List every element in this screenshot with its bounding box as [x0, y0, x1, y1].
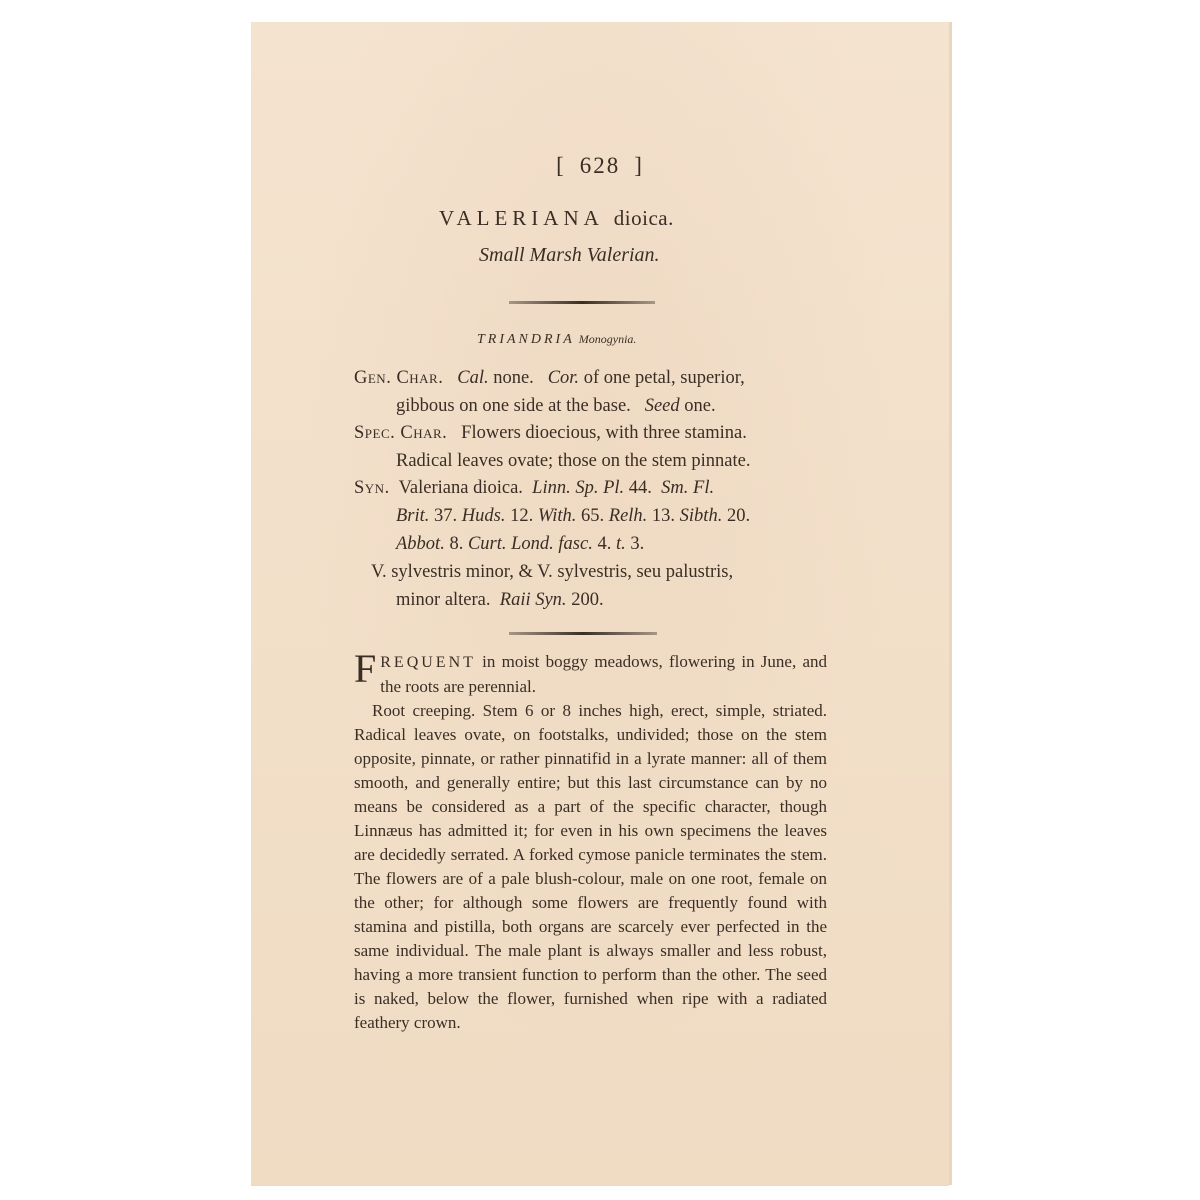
order-name: Monogynia.	[579, 332, 637, 346]
description-paragraph-1: FREQUENT in moist boggy meadows, floweri…	[354, 650, 827, 699]
bracket-open: [	[556, 153, 566, 178]
lead-word: REQUENT	[380, 654, 476, 671]
text-span: 44.	[624, 478, 656, 498]
spec-char-line-1: Spec. Char. Flowers dioecious, with thre…	[354, 419, 824, 447]
text-span: minor altera.	[396, 590, 495, 610]
description-paragraph-2: Root creeping. Stem 6 or 8 inches high, …	[354, 699, 827, 1035]
species-description: FREQUENT in moist boggy meadows, floweri…	[354, 650, 827, 1035]
spec-char-label: Spec. Char.	[354, 423, 447, 443]
common-name: Small Marsh Valerian.	[479, 244, 660, 267]
text-span: none.	[489, 368, 539, 388]
species-epithet: dioica.	[614, 206, 674, 230]
text-span: V. sylvestris minor, & V. sylvestris, se…	[371, 562, 733, 582]
text-span: Radical leaves ovate; those on the stem …	[396, 451, 750, 471]
gen-char-line-2: gibbous on one side at the base. Seed on…	[354, 392, 824, 420]
syn-label: Syn.	[354, 478, 390, 498]
page-number-value: 628	[580, 153, 621, 178]
text-span: Abbot.	[396, 534, 445, 554]
text-span: t.	[616, 534, 626, 554]
text-span: 3.	[626, 534, 645, 554]
synonyms: Syn. Valeriana dioica. Linn. Sp. Pl. 44.…	[354, 474, 824, 614]
spec-char-line-2: Radical leaves ovate; those on the stem …	[354, 447, 824, 475]
specific-character: Spec. Char. Flowers dioecious, with thre…	[354, 419, 824, 475]
text-span: Curt. Lond. fasc.	[468, 534, 593, 554]
text-span: Cor.	[548, 368, 579, 388]
syn-line-5: minor altera. Raii Syn. 200.	[354, 586, 824, 614]
text-span: 65.	[576, 506, 608, 526]
text-span: Raii Syn.	[500, 590, 567, 610]
text-span: of one petal, superior,	[579, 368, 745, 388]
text-span: 8.	[445, 534, 468, 554]
divider-rule	[509, 632, 657, 635]
linnaean-classification: TRIANDRIAMonogynia.	[477, 332, 636, 348]
genus-name: VALERIANA	[439, 206, 604, 230]
syn-line-2: Brit. 37. Huds. 12. With. 65. Relh. 13. …	[354, 502, 824, 530]
text-span: Cal.	[457, 368, 488, 388]
syn-line-4: V. sylvestris minor, & V. sylvestris, se…	[354, 558, 824, 586]
text-span: Seed	[645, 396, 680, 416]
text-span: gibbous on one side at the base.	[396, 396, 635, 416]
text-span: Sm. Fl.	[661, 478, 714, 498]
page-number: [628]	[251, 153, 949, 179]
text-span: Valeriana dioica.	[394, 478, 527, 498]
text-span: 12.	[505, 506, 537, 526]
generic-character: Gen. Char. Cal. none. Cor. of one petal,…	[354, 364, 824, 420]
syn-line-3: Abbot. 8. Curt. Lond. fasc. 4. t. 3.	[354, 530, 824, 558]
bracket-close: ]	[634, 153, 644, 178]
page-edge	[949, 22, 952, 1185]
species-title: VALERIANAdioica.	[439, 206, 674, 231]
text-span: 20.	[722, 506, 750, 526]
text-span: Flowers dioecious, with three stamina.	[457, 423, 747, 443]
text-span: Brit.	[396, 506, 429, 526]
text-span: Linn. Sp. Pl.	[532, 478, 624, 498]
gen-char-label: Gen. Char.	[354, 368, 443, 388]
class-name: TRIANDRIA	[477, 332, 575, 347]
book-page: [628] VALERIANAdioica. Small Marsh Valer…	[251, 22, 949, 1185]
text-span: With.	[538, 506, 577, 526]
text-span: 200.	[567, 590, 604, 610]
gen-char-line-1: Gen. Char. Cal. none. Cor. of one petal,…	[354, 364, 824, 392]
text-span: Relh.	[609, 506, 648, 526]
text-span: Huds.	[462, 506, 506, 526]
text-span: 13.	[647, 506, 679, 526]
text-span: one.	[680, 396, 716, 416]
syn-line-1: Syn. Valeriana dioica. Linn. Sp. Pl. 44.…	[354, 474, 824, 502]
text-span: Sibth.	[680, 506, 723, 526]
divider-rule	[509, 301, 655, 304]
drop-cap: F	[354, 654, 376, 684]
text-span: 37.	[429, 506, 461, 526]
text-span: 4.	[593, 534, 616, 554]
